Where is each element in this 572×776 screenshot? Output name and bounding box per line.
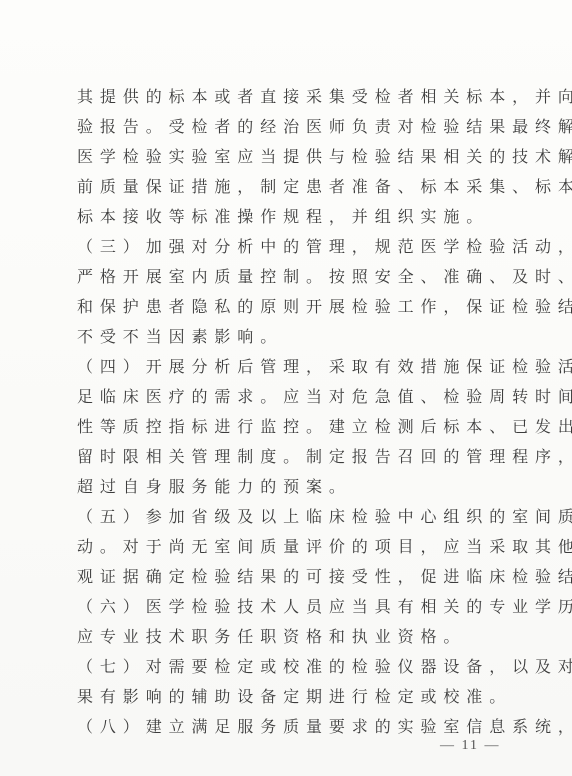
text-line: 其提供的标本或者直接采集受检者相关标本，并向申请者提供检 [77, 82, 517, 112]
text-line: （四）开展分析后管理，采取有效措施保证检验活动的质量满 [77, 352, 517, 382]
paragraph-7: （七）对需要检定或校准的检验仪器设备，以及对医学检验结 果有影响的辅助设备定期进… [77, 652, 517, 712]
text-line: 留时限相关管理制度。制定报告召回的管理程序，建立检验需求 [77, 442, 517, 472]
text-line: 不受不当因素影响。 [77, 322, 517, 352]
paragraph-continued: 其提供的标本或者直接采集受检者相关标本，并向申请者提供检 验报告。受检者的经治医… [77, 82, 517, 232]
text-line: （六）医学检验技术人员应当具有相关的专业学历，并取得相 [77, 592, 517, 622]
text-line: 应专业技术职务任职资格和执业资格。 [77, 622, 517, 652]
text-line: 超过自身服务能力的预案。 [77, 472, 517, 502]
text-line: 性等质控指标进行监控。建立检测后标本、已发出报告标准的保 [77, 412, 517, 442]
text-line: （七）对需要检定或校准的检验仪器设备，以及对医学检验结 [77, 652, 517, 682]
paragraph-6: （六）医学检验技术人员应当具有相关的专业学历，并取得相 应专业技术职务任职资格和… [77, 592, 517, 652]
text-line: 动。对于尚无室间质量评价的项目，应当采取其他方案并提供客 [77, 532, 517, 562]
text-line: 标本接收等标准操作规程，并组织实施。 [77, 202, 517, 232]
paragraph-4: （四）开展分析后管理，采取有效措施保证检验活动的质量满 足临床医疗的需求。应当对… [77, 352, 517, 502]
text-line: 前质量保证措施，制定患者准备、标本采集、标本储存、标本运送、 [77, 172, 517, 202]
text-line: （五）参加省级及以上临床检验中心组织的室间质量评价活 [77, 502, 517, 532]
body-text: 其提供的标本或者直接采集受检者相关标本，并向申请者提供检 验报告。受检者的经治医… [77, 82, 517, 742]
text-line: 足临床医疗的需求。应当对危急值、检验周转时间、检验结果准确 [77, 382, 517, 412]
page-number: — 11 — [440, 738, 500, 754]
text-line: 果有影响的辅助设备定期进行检定或校准。 [77, 682, 517, 712]
document-page: 其提供的标本或者直接采集受检者相关标本，并向申请者提供检 验报告。受检者的经治医… [0, 0, 572, 776]
text-line: 验报告。受检者的经治医师负责对检验结果最终解释，但必要时， [77, 112, 517, 142]
text-line: 观证据确定检验结果的可接受性，促进临床检验结果互认。 [77, 562, 517, 592]
paragraph-3: （三）加强对分析中的管理，规范医学检验活动，按照有关规定 严格开展室内质量控制。… [77, 232, 517, 352]
text-line: （三）加强对分析中的管理，规范医学检验活动，按照有关规定 [77, 232, 517, 262]
text-line: 和保护患者隐私的原则开展检验工作，保证检验结果客观、公正， [77, 292, 517, 322]
text-line: 医学检验实验室应当提供与检验结果相关的技术解释。具有分析 [77, 142, 517, 172]
paragraph-5: （五）参加省级及以上临床检验中心组织的室间质量评价活 动。对于尚无室间质量评价的… [77, 502, 517, 592]
text-line: 严格开展室内质量控制。按照安全、准确、及时、有效、经济、便民 [77, 262, 517, 292]
